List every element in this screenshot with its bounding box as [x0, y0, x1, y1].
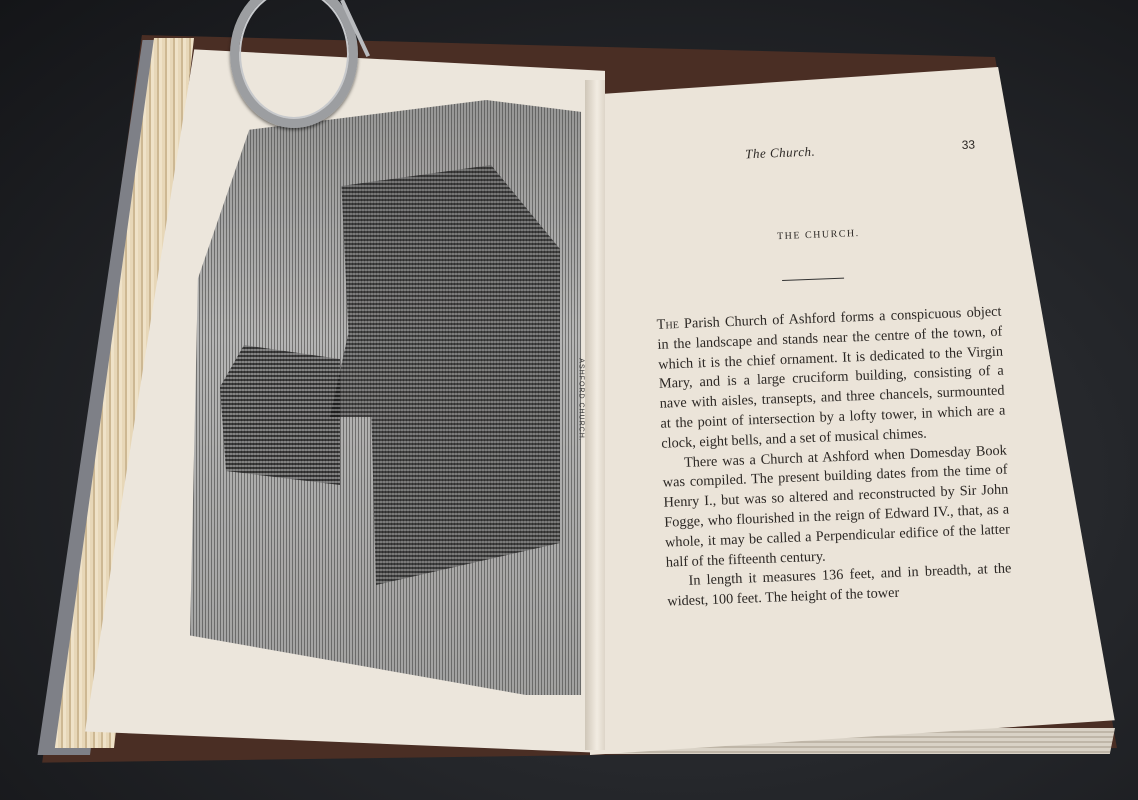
- running-title: The Church.: [745, 144, 816, 163]
- chapter-heading: THE CHURCH.: [638, 223, 998, 248]
- page-number: 33: [961, 138, 975, 155]
- heading-rule: [782, 278, 844, 281]
- paragraph-1: The Parish Church of Ashford forms a con…: [656, 303, 1006, 455]
- illustration-caption: ASHFORD CHURCH.: [571, 300, 591, 500]
- church-tower-illustration: [220, 345, 340, 485]
- paragraph-1-text: Parish Church of Ashford forms a conspic…: [657, 304, 1005, 452]
- right-page-text: The Church. 33 THE CHURCH. The Parish Ch…: [650, 137, 1013, 613]
- paragraph-2: There was a Church at Ashford when Domes…: [662, 441, 1011, 573]
- lead-word: The: [656, 316, 679, 333]
- caption-text: ASHFORD CHURCH.: [578, 358, 585, 441]
